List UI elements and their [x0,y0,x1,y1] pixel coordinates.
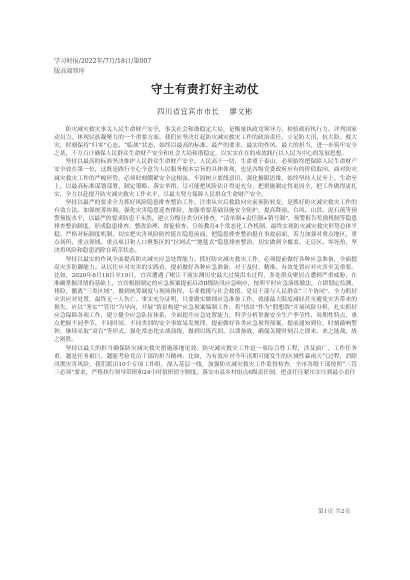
author-position: 四川省宜宾市市长 [157,107,219,116]
article-body: 防灾减灾救灾事关人民生命财产安全，事关社会和谐稳定大局，是衡量执政党领导力、检验… [54,126,357,377]
paragraph: 坚持以最实的作风全面提高防灾减灾应急处置能力。抓好防灾减灾救灾工作，必须提前做好… [54,256,357,345]
paragraph: 坚持以最大的担当确保防灾减灾救灾措施落地见效。防灾减灾救灾工作是一项综合性工程，… [54,345,357,377]
author-byline: 四川省宜宾市市长廖文彬 [0,107,410,117]
source-info: 学习时报/2022年/7月/18日/第007 版高端智库 [54,57,151,77]
source-line-1: 学习时报/2022年/7月/18日/第007 [54,57,151,67]
article-title: 守土有责打好主动仗 [0,81,410,97]
page-number: 第1页 共2页 [318,506,350,515]
paragraph: 坚持以最严的要求全力抓好风险隐患排查整治工作。注重从灾后救助向灾前预防转变，是抓… [54,199,357,256]
author-name: 廖文彬 [229,107,252,116]
document-page: 学习时报/2022年/7月/18日/第007 版高端智库 守土有责打好主动仗 四… [0,0,410,580]
paragraph: 防灾减灾救灾事关人民生命财产安全，事关社会和谐稳定大局，是衡量执政党领导力、检验… [54,126,357,158]
source-line-2: 版高端智库 [54,67,151,77]
paragraph: 坚持以最高的标准坚决维护人民群众生命财产安全。人民高于一切，生命重于泰山，必须始… [54,158,357,198]
